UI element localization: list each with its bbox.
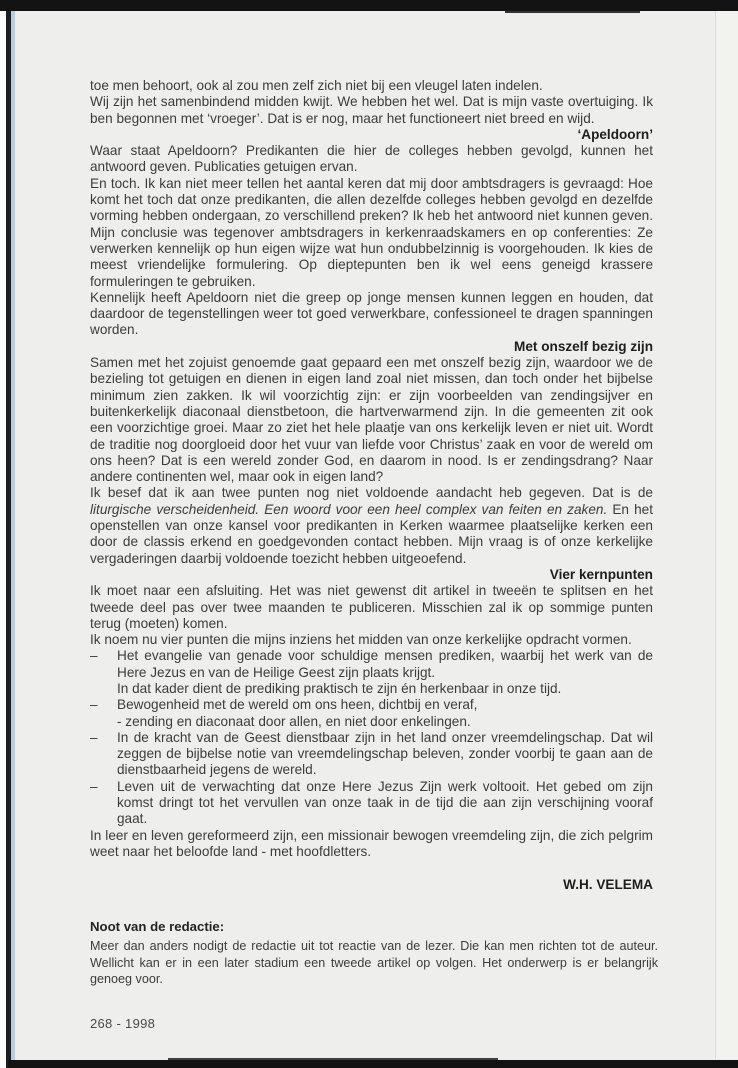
body-paragraph: Waar staat Apeldoorn? Predikanten die hi… [90, 143, 653, 176]
list-item: –In de kracht van de Geest dienstbaar zi… [90, 730, 653, 779]
article-text-column: toe men behoort, ook al zou men zelf zic… [90, 78, 653, 894]
section-heading: Vier kernpunten [90, 567, 653, 583]
body-paragraph: Ik besef dat ik aan twee punten nog niet… [90, 485, 653, 566]
list-item-text: Het evangelie van genade voor schuldige … [117, 648, 653, 697]
italic-text-segment: liturgische verscheidenheid. Een woord v… [90, 502, 607, 517]
text-segment: Vier kernpunten [550, 567, 653, 582]
section-heading: Met onszelf bezig zijn [90, 339, 653, 355]
text-segment: Met onszelf bezig zijn [514, 339, 653, 354]
text-segment: Ik besef dat ik aan twee punten nog niet… [90, 485, 653, 500]
text-segment: Kennelijk heeft Apeldoorn niet die greep… [90, 290, 653, 338]
list-item: –Leven uit de verwachting dat onze Here … [90, 779, 653, 828]
list-item: –Bewogenheid met de wereld om ons heen, … [90, 697, 653, 730]
scanned-journal-page: toe men behoort, ook al zou men zelf zic… [0, 0, 738, 1068]
body-paragraph: toe men behoort, ook al zou men zelf zic… [90, 78, 653, 94]
scan-bottom-bar [8, 1060, 738, 1068]
text-segment: Samen met het zojuist genoemde gaat gepa… [90, 355, 653, 484]
page-number-footer: 268 - 1998 [90, 1016, 155, 1031]
text-segment: ‘Apeldoorn’ [577, 127, 653, 142]
editorial-note-heading: Noot van de redactie: [90, 918, 658, 935]
list-item-text: Bewogenheid met de wereld om ons heen, d… [117, 697, 653, 730]
list-dash-marker: – [90, 648, 117, 697]
body-paragraph: Wij zijn het samenbindend midden kwijt. … [90, 94, 653, 127]
text-segment: Wij zijn het samenbindend midden kwijt. … [90, 94, 653, 125]
author-signature: W.H. VELEMA [90, 877, 653, 893]
text-segment: W.H. VELEMA [563, 877, 653, 892]
body-paragraph: Kennelijk heeft Apeldoorn niet die greep… [90, 290, 653, 339]
text-segment: toe men behoort, ook al zou men zelf zic… [90, 78, 543, 93]
list-item: –Het evangelie van genade voor schuldige… [90, 648, 653, 697]
list-dash-marker: – [90, 730, 117, 779]
scan-top-bar [0, 0, 738, 11]
body-paragraph: Ik moet naar een afsluiting. Het was nie… [90, 583, 653, 632]
text-segment: En toch. Ik kan niet meer tellen het aan… [90, 176, 653, 289]
text-segment: Waar staat Apeldoorn? Predikanten die hi… [90, 143, 653, 174]
list-item-text: Leven uit de verwachting dat onze Here J… [117, 779, 653, 828]
text-segment: Ik noem nu vier punten die mijns inziens… [90, 632, 632, 647]
editorial-note: Noot van de redactie: Meer dan anders no… [90, 918, 658, 988]
body-paragraph: Ik noem nu vier punten die mijns inziens… [90, 632, 653, 648]
page-right-margin [716, 11, 738, 1059]
body-paragraph: En toch. Ik kan niet meer tellen het aan… [90, 176, 653, 290]
editorial-note-body: Meer dan anders nodigt de redactie uit t… [90, 938, 658, 988]
list-dash-marker: – [90, 697, 117, 730]
page-edge-line [715, 11, 716, 1059]
list-dash-marker: – [90, 779, 117, 828]
text-segment: Ik moet naar een afsluiting. Het was nie… [90, 583, 653, 631]
body-paragraph: In leer en leven gereformeerd zijn, een … [90, 828, 653, 861]
scan-left-blue-strip [11, 11, 15, 1068]
list-item-text: In de kracht van de Geest dienstbaar zij… [117, 730, 653, 779]
body-paragraph: Samen met het zojuist genoemde gaat gepa… [90, 355, 653, 485]
section-heading: ‘Apeldoorn’ [90, 127, 653, 143]
text-segment: In leer en leven gereformeerd zijn, een … [90, 828, 653, 859]
